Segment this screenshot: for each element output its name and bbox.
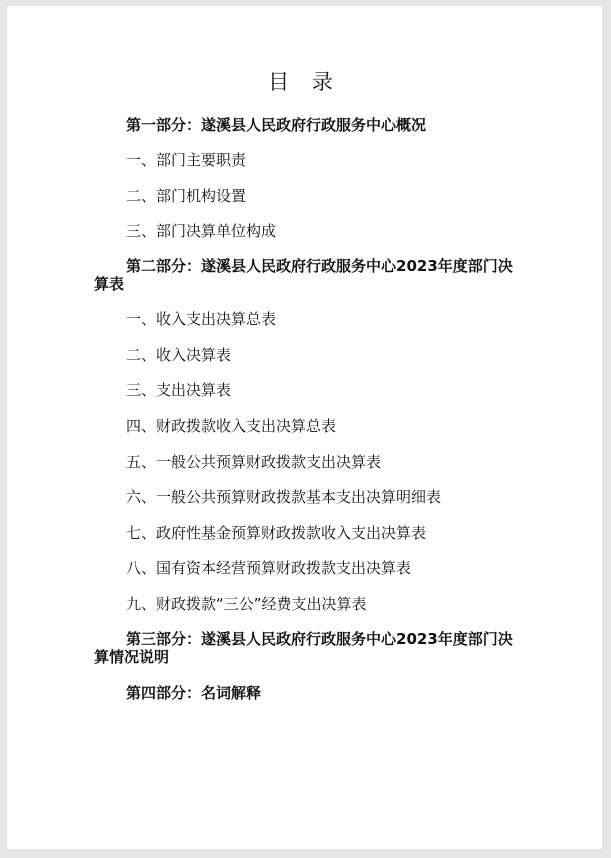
- toc-item: 九、财政拨款“三公”经费支出决算表: [126, 595, 367, 613]
- toc-item: 三、支出决算表: [126, 381, 231, 399]
- document-page: 目 录 第一部分：遂溪县人民政府行政服务中心概况 一、部门主要职责 二、部门机构…: [7, 6, 602, 849]
- toc-item: 四、财政拨款收入支出决算总表: [126, 417, 336, 435]
- toc-item: 七、政府性基金预算财政拨款收入支出决算表: [126, 524, 426, 542]
- section-heading-2: 第二部分：遂溪县人民政府行政服务中心2023年度部门决算表: [94, 257, 524, 293]
- toc-item: 八、国有资本经营预算财政拨款支出决算表: [126, 559, 411, 577]
- toc-item: 一、部门主要职责: [126, 151, 246, 169]
- page-title: 目 录: [7, 66, 602, 96]
- toc-item: 二、部门机构设置: [126, 187, 246, 205]
- toc-item: 二、收入决算表: [126, 346, 231, 364]
- toc-item: 三、部门决算单位构成: [126, 222, 276, 240]
- section-heading-1: 第一部分：遂溪县人民政府行政服务中心概况: [94, 116, 524, 134]
- toc-item: 六、一般公共预算财政拨款基本支出决算明细表: [126, 488, 441, 506]
- toc-item: 一、收入支出决算总表: [126, 310, 276, 328]
- section-heading-4: 第四部分：名词解释: [94, 684, 524, 702]
- section-heading-3: 第三部分：遂溪县人民政府行政服务中心2023年度部门决算情况说明: [94, 630, 524, 666]
- toc-item: 五、一般公共预算财政拨款支出决算表: [126, 453, 381, 471]
